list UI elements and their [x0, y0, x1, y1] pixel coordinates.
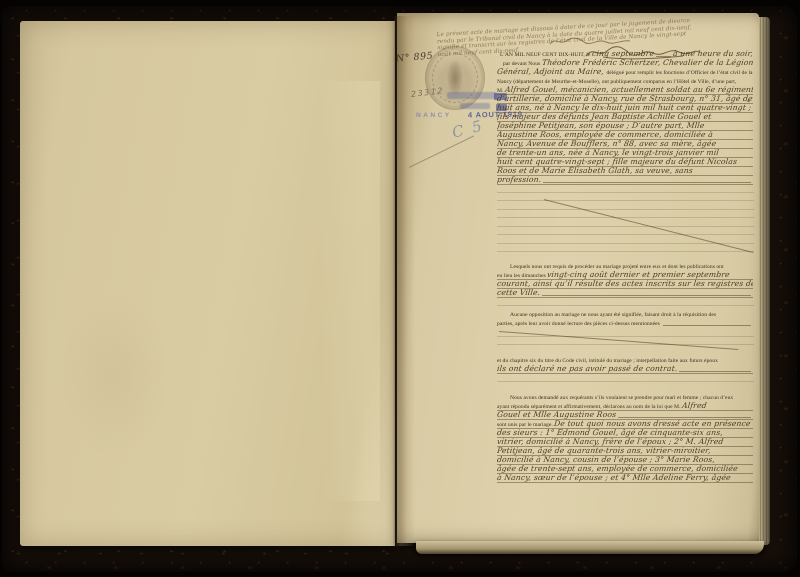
rule-fill — [656, 56, 671, 57]
handwritten-text: Joséphine Petitjean, son épouse ; D’autr… — [497, 121, 705, 130]
handwritten-text: De tout quoi nous avons dressé acte en p… — [554, 419, 752, 428]
blank-ruled-area — [497, 184, 754, 260]
bottom-page-curl — [416, 541, 764, 554]
rule-fill — [679, 371, 751, 372]
handwritten-text: Roos et de Marie Élisabeth Glath, sa veu… — [497, 166, 693, 175]
handwritten-text: cette Ville. — [497, 288, 541, 297]
rule-fill — [542, 295, 751, 296]
blank-ruled-line — [497, 373, 754, 382]
handwritten-text: âgée de trente-sept ans, employée de com… — [497, 464, 738, 473]
handwritten-text: Petitjean, âgé de quarante-trois ans, vi… — [497, 446, 711, 455]
form-line: Nous avons demandé aux requérants s’ils … — [510, 392, 753, 401]
handwritten-text: huit cent quatre-vingt-sept ; fille maje… — [497, 157, 738, 166]
blue-stamp-fragment — [447, 92, 497, 99]
handwritten-text: de trente-un ans, née à Nancy, le vingt-… — [497, 148, 719, 157]
handwritten-text: domicilié à Nancy, cousin de l’épouse ; … — [497, 455, 716, 464]
seal-figure — [447, 60, 463, 96]
form-line: par devant Nous Théodore Frédéric Schert… — [503, 58, 753, 67]
page-curve-highlight — [320, 81, 380, 501]
form-line: parties, après leur avoir donné lecture … — [497, 318, 753, 327]
insert-mark: * — [747, 99, 750, 106]
handwritten-text: Augustine Roos, employée de commerce, do… — [497, 130, 713, 139]
handwritten-text: Alfred Gouel, mécanicien, actuellement s… — [504, 85, 753, 94]
handwritten-text: vitrier, domicilié à Nancy, frère de l’é… — [497, 437, 724, 446]
handwritten-text: Général, Adjoint au Maire, — [497, 67, 607, 76]
place-stamp: NANCY — [416, 112, 452, 119]
handwritten-text: d’artillerie, domicilié à Nancy, rue de … — [497, 94, 753, 103]
blank-ruled-area — [497, 328, 754, 346]
form-line: et du chapitre six du titre du Code civi… — [497, 355, 753, 364]
form-line: à Nancy, sœur de l’épouse ; et 4° Mlle A… — [497, 473, 753, 483]
handwritten-text: Gouel et Mlle Augustine Roos — [497, 410, 617, 419]
embossed-seal — [425, 46, 485, 110]
handwritten-text: Théodore Frédéric Schertzer, Chevalier d… — [541, 58, 753, 67]
handwritten-text: fils majeur des défunts Jean Baptiste Ac… — [497, 112, 712, 121]
rule-fill — [663, 325, 751, 326]
handwritten-text: à Nancy, sœur de l’épouse ; et 4° Mlle A… — [497, 473, 731, 482]
form-line: Lesquels nous ont requis de procéder au … — [510, 261, 753, 270]
handwritten-text: courant, ainsi qu’il résulte des actes i… — [497, 279, 753, 288]
fore-edge-pages — [759, 17, 770, 545]
handwritten-text: Alfred — [681, 401, 707, 410]
handwritten-text: Nancy, Avenue de Boufflers, n° 88, avec … — [497, 139, 717, 148]
handwritten-text: vingt-cinq août dernier et premier septe… — [547, 270, 731, 279]
handwritten-text: profession. — [497, 175, 542, 184]
paper-smudge — [60, 291, 170, 461]
register-scan: Le présent acte de mariage est dissous à… — [0, 0, 800, 577]
handwritten-text: à une heure du soir, — [672, 49, 753, 58]
handwritten-text: huit ans, né à Nancy le dix-huit juin mi… — [497, 103, 752, 112]
handwritten-text: des sieurs : 1° Edmond Gouel, âgé de cin… — [497, 428, 723, 437]
form-line: L’AN MIL NEUF CENT DIX-HUIT, le cinq sep… — [500, 49, 753, 58]
left-blank-page — [20, 21, 395, 546]
form-line: Nancy (département de Meurthe-et-Moselle… — [497, 76, 753, 85]
printed-text: parties, après leur avoir donné lecture … — [497, 321, 661, 327]
handwritten-text: cinq septembre — [591, 49, 654, 58]
handwritten-text: ils ont déclaré ne pas avoir passé de co… — [497, 364, 678, 373]
blank-ruled-line — [497, 297, 754, 306]
rule-fill — [543, 182, 751, 183]
blue-stamp-fragment — [460, 103, 490, 109]
rule-fill — [618, 417, 751, 418]
form-line: Général, Adjoint au Maire, délégué pour … — [497, 67, 753, 76]
form-line: Aucune opposition au mariage ne nous aya… — [510, 309, 753, 318]
